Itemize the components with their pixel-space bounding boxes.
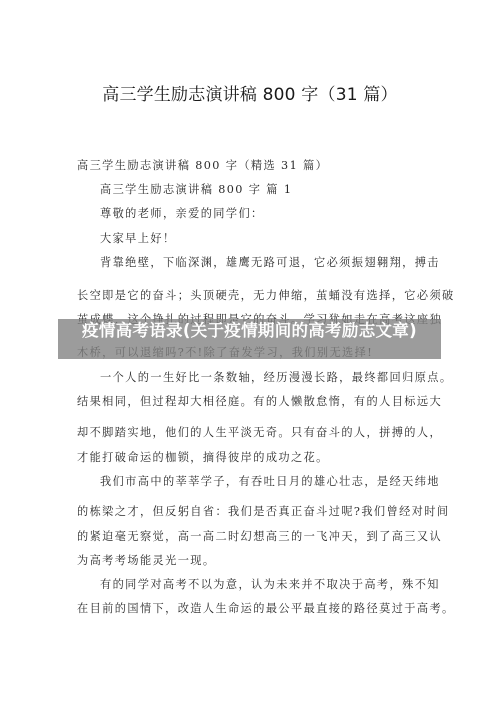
paragraph-line: 高三学生励志演讲稿 800 字 篇 1 [100,183,292,197]
paragraph-line: 长空即是它的奋斗；头顶硬壳，无力伸缩，茧蛹没有选择，它必须破 [77,289,455,303]
paragraph-line: 结果相同，但过程却大相径庭。有的人懒散怠惰，有的人目标远大 [77,395,442,409]
paragraph-line: 我们市高中的莘莘学子，有吞吐日月的雄心壮志，是经天纬地 [100,475,440,489]
paragraph-line: 才能打破命运的枷锁，摘得彼岸的成功之花。 [77,451,329,465]
paragraph-line: 背靠绝壁，下临深渊，雄鹰无路可退，它必须振翅翱翔，搏击 [100,256,440,270]
document-title: 高三学生励志演讲稿 800 字（31 篇） [0,80,500,105]
paragraph-line: 一个人的一生好比一条数轴，经历漫漫长路，最终都回归原点。 [100,371,452,385]
paragraph-line: 却不脚踏实地，他们的人生平淡无奇。只有奋斗的人，拼搏的人， [77,426,442,440]
paragraph-line: 的栋梁之才，但反躬自省：我们是否真正奋斗过呢?我们曾经对时间 [77,505,449,519]
paragraph-line: 为高考考场能灵光一现。 [77,554,215,568]
paragraph-line: 大家早上好！ [100,232,176,246]
paragraph-line: 尊敬的老师，亲爱的同学们： [100,207,264,221]
paragraph-line: 在目前的国情下，改造人生命运的最公平最直接的路径莫过于高考。 [77,602,455,616]
paragraph-line: 有的同学对高考不以为意，认为未来并不取决于高考，殊不知 [100,578,440,592]
paragraph-line: 高三学生励志演讲稿 800 字（精选 31 篇） [77,159,328,173]
paragraph-line: 的紧迫毫无察觉，高一高二时幻想高三的一飞冲天，到了高三又认 [77,530,442,544]
overlay-title[interactable]: 疫情高考语录(关于疫情期间的高考励志文章) [58,320,441,341]
